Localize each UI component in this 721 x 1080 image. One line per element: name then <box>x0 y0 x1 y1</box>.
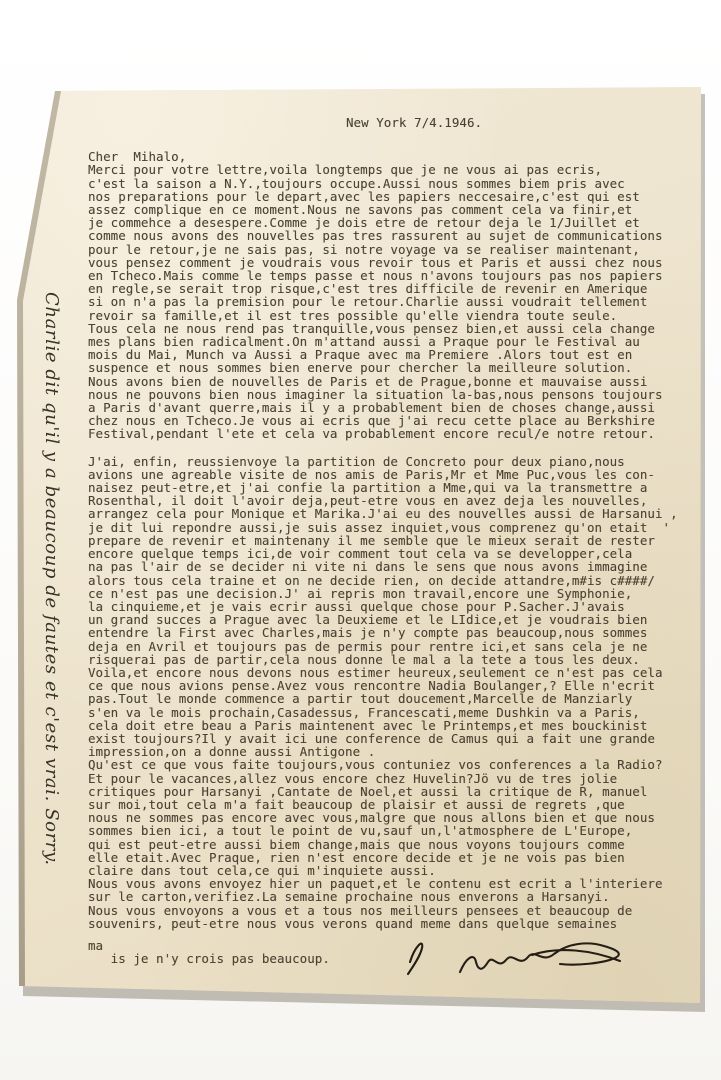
typed-line: Et pour le vacances,allez vous encore ch… <box>88 772 680 785</box>
typed-line: Nous avons bien de nouvelles de Paris et… <box>88 375 680 388</box>
typed-line: si on n'a pas la premision pour le retou… <box>88 295 680 308</box>
typed-line: Merci pour votre lettre,voila longtemps … <box>88 163 680 176</box>
scan-background: Charlie dit qu'il y a beaucoup de fautes… <box>0 0 721 1080</box>
typed-line: revoir sa famille,et il est tres possibl… <box>88 309 680 322</box>
typed-line: alors tous cela traine et on ne decide r… <box>88 574 680 587</box>
typewritten-letter-body: New York 7/4.1946. Cher Mihalo, Merci po… <box>88 116 680 965</box>
typed-line: Qu'est ce que vous faite toujours,vous c… <box>88 758 680 771</box>
handwritten-margin-note: Charlie dit qu'il y a beaucoup de fautes… <box>26 292 62 880</box>
typed-line: cela doit etre beau a Paris maintenent a… <box>88 719 680 732</box>
typed-line: arrangez cela pour Monique et Marika.J'a… <box>88 507 680 520</box>
typed-line: comme nous avons des nouvelles pas tres … <box>88 229 680 242</box>
typed-line: sur le carton,verifiez.La semaine procha… <box>88 890 680 903</box>
typed-line: qui est peut-etre aussi biem change,mais… <box>88 838 680 851</box>
typed-line: Festival,pendant l'ete et cela va probab… <box>88 427 680 440</box>
typed-line: pas.Tout le monde commence a partir tout… <box>88 692 680 705</box>
letter-paragraph-1: Merci pour votre lettre,voila longtemps … <box>88 163 680 440</box>
typed-line: pour le retour,je ne sais pas, si notre … <box>88 243 680 256</box>
typed-line: entendre la First avec Charles,mais je n… <box>88 626 680 639</box>
typed-line: Nous vous envoyons a vous et a tous nos … <box>88 904 680 917</box>
typed-line: risquerai pas de partir,cela nous donne … <box>88 653 680 666</box>
typed-line: elle etait.Avec Praque, rien n'est encor… <box>88 851 680 864</box>
typed-line: je dit lui repondre aussi,je suis assez … <box>88 521 680 534</box>
letter-date: New York 7/4.1946. <box>346 116 680 129</box>
typed-line: c'est la saison a N.Y.,toujours occupe.A… <box>88 177 680 190</box>
typed-line: critiques pour Harsanyi ,Cantate de Noel… <box>88 785 680 798</box>
typed-line: suspence et nous sommes bien enerve pour… <box>88 361 680 374</box>
typed-line: s'en va le mois prochain,Casadessus, Fra… <box>88 706 680 719</box>
typed-line: J'ai, enfin, reussienvoye la partition d… <box>88 455 680 468</box>
signature-handwriting <box>382 924 634 986</box>
typed-line: ce n'est pas une decision.J' ai repris m… <box>88 587 680 600</box>
typed-line: deja en Avril et toujours pas de permis … <box>88 640 680 653</box>
typed-line: na pas l'air de se decider ni vite ni da… <box>88 560 680 573</box>
letter-paragraph-2: J'ai, enfin, reussienvoye la partition d… <box>88 455 680 930</box>
typed-line: sommes bien ici, a tout le point de vu,s… <box>88 824 680 837</box>
